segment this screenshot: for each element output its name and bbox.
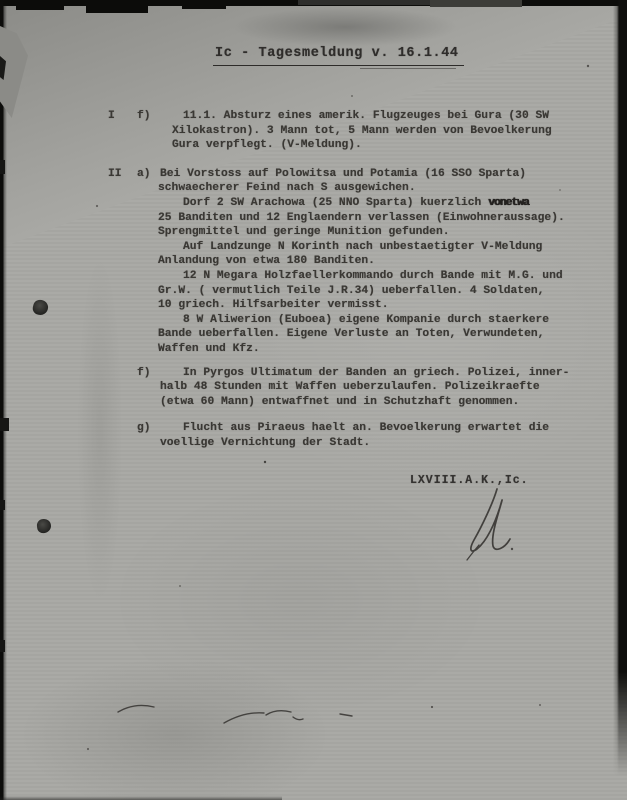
line-text: 8 W Aliwerion (Euboea) eigene Kompanie d… [183,314,549,326]
line-text: Gura verpflegt. (V-Meldung). [172,139,362,151]
line-gap [0,357,627,366]
text-line: schwaecherer Feind nach S ausgewichen. [0,181,627,196]
line-text: Anlandung von etwa 180 Banditen. [158,255,375,267]
scan-edge-blob [86,0,148,13]
line-gap [0,153,627,167]
line-text: Auf Landzunge N Korinth nach unbestaetig… [183,241,542,253]
document-title: Ic - Tagesmeldung v. 16.1.44 [213,46,464,66]
text-line: Sprengmittel und geringe Munition gefund… [0,225,627,240]
line-text: Sprengmittel und geringe Munition gefund… [158,226,450,238]
line-text: 11.1. Absturz eines amerik. Flugzeuges b… [183,110,549,122]
document-body: If)11.1. Absturz eines amerik. Flugzeuge… [0,109,627,450]
text-line: Dorf 2 SW Arachowa (25 NNO Sparta) kuerz… [0,196,627,211]
text-line: Auf Landzunge N Korinth nach unbestaetig… [0,240,627,255]
scan-edge-blob [182,0,226,9]
scan-edge-nick [0,500,5,510]
line-text: Gr.W. ( vermutlich Teile J.R.34) ueberfa… [158,285,544,297]
line-text: Dorf 2 SW Arachowa (25 NNO Sparta) kuerz… [183,197,488,209]
pen-marks [118,705,352,723]
line-text: Bande ueberfallen. Eigene Verluste an To… [158,328,544,340]
text-line: IIa)Bei Vorstoss auf Polowitsa und Potam… [0,167,627,182]
line-text: 12 N Megara Holzfaellerkommando durch Ba… [183,270,563,282]
text-line: Xilokastron). 3 Mann tot, 5 Mann werden … [0,124,627,139]
text-line: 25 Banditen und 12 Englaendern verlassen… [0,211,627,226]
line-text: Waffen und Kfz. [158,343,260,355]
section-numeral: II [108,167,122,182]
text-line: If)11.1. Absturz eines amerik. Flugzeuge… [0,109,627,124]
text-line: Waffen und Kfz. [0,342,627,357]
text-line: f)In Pyrgos Ultimatum der Banden an grie… [0,366,627,381]
item-letter: f) [137,109,151,124]
scan-edge-bottom [0,796,282,800]
text-line: Anlandung von etwa 180 Banditen. [0,254,627,269]
text-line: halb 48 Stunden mit Waffen ueberzulaufen… [0,380,627,395]
line-text: schwaecherer Feind nach S ausgewichen. [158,182,416,194]
scan-edge-blob [298,0,448,5]
text-line: Gr.W. ( vermutlich Teile J.R.34) ueberfa… [0,284,627,299]
line-text: voellige Vernichtung der Stadt. [160,437,370,449]
item-letter: a) [137,167,151,182]
ink-dot [511,548,513,550]
line-gap [0,409,627,421]
line-text: In Pyrgos Ultimatum der Banden an griech… [183,367,569,379]
line-text: Bei Vorstoss auf Polowitsa und Potamia (… [160,168,526,180]
text-line: Gura verpflegt. (V-Meldung). [0,138,627,153]
item-letter: f) [137,366,151,381]
text-line: Bande ueberfallen. Eigene Verluste an To… [0,327,627,342]
text-line: 8 W Aliwerion (Euboea) eigene Kompanie d… [0,313,627,328]
line-text: Flucht aus Piraeus haelt an. Bevoelkerun… [183,422,549,434]
line-text: (etwa 60 Mann) entwaffnet und in Schutzh… [160,396,519,408]
punch-hole [36,518,52,534]
text-line: (etwa 60 Mann) entwaffnet und in Schutzh… [0,395,627,410]
unit-designation: LXVIII.A.K.,Ic. [410,474,529,487]
text-line: g)Flucht aus Piraeus haelt an. Bevoelker… [0,421,627,436]
text-line: voellige Vernichtung der Stadt. [0,436,627,451]
item-letter: g) [137,421,151,436]
text-line: 12 N Megara Holzfaellerkommando durch Ba… [0,269,627,284]
signature-squiggle [467,489,510,560]
scan-edge-blob [16,0,64,10]
overtyped-word: vonetwa [488,197,528,209]
line-text: Xilokastron). 3 Mann tot, 5 Mann werden … [172,125,552,137]
line-text: 25 Banditen und 12 Englaendern verlassen… [158,212,565,224]
scan-edge-blob [430,0,522,7]
scan-edge-nick [0,640,5,652]
section-numeral: I [108,109,115,124]
line-text: 10 griech. Hilfsarbeiter vermisst. [158,299,389,311]
text-line: 10 griech. Hilfsarbeiter vermisst. [0,298,627,313]
scanned-document-page: Ic - Tagesmeldung v. 16.1.44 If)11.1. Ab… [0,0,627,800]
line-text: halb 48 Stunden mit Waffen ueberzulaufen… [160,381,540,393]
